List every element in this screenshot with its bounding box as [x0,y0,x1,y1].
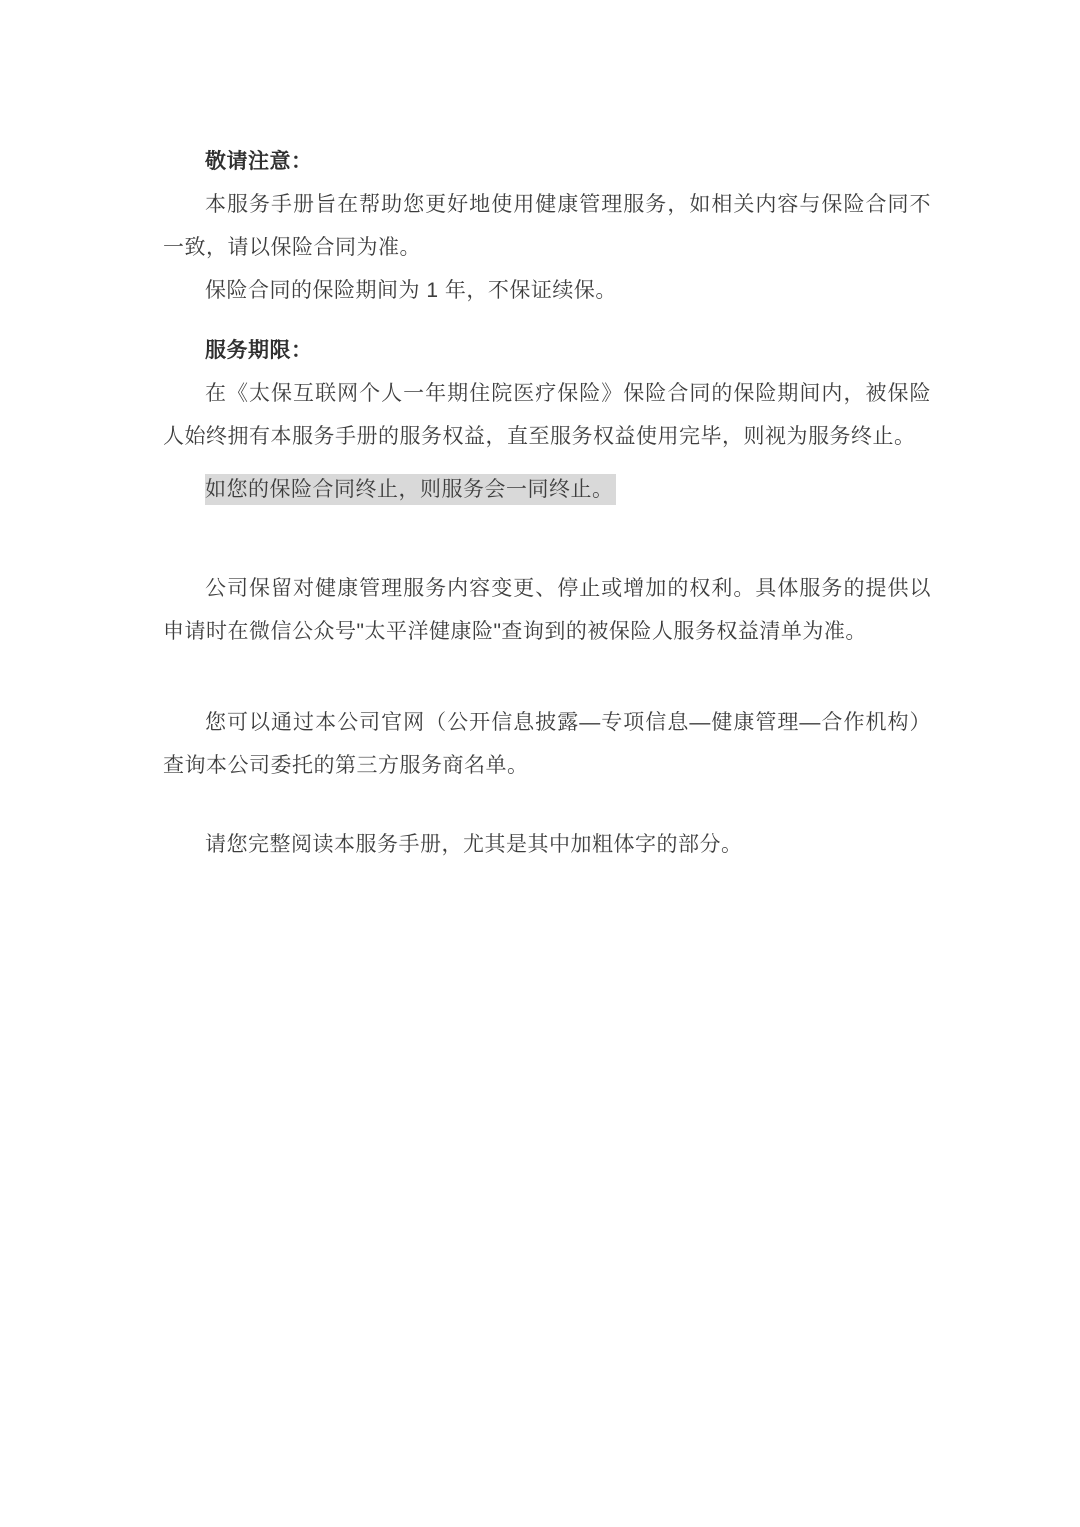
highlighted-sentence: 如您的保险合同终止，则服务会一同终止。 [205,474,616,505]
service-term-paragraph: 在《太保互联网个人一年期住院医疗保险》保险合同的保险期间内，被保险人始终拥有本服… [163,372,931,458]
closing-paragraph-1: 公司保留对健康管理服务内容变更、停止或增加的权利。具体服务的提供以申请时在微信公… [163,567,931,653]
highlighted-paragraph: 如您的保险合同终止，则服务会一同终止。 [163,468,931,511]
closing-paragraph-3: 请您完整阅读本服务手册，尤其是其中加粗体字的部分。 [163,823,931,866]
document-content: 敬请注意： 本服务手册旨在帮助您更好地使用健康管理服务，如相关内容与保险合同不一… [163,140,931,866]
service-term-heading: 服务期限： [163,329,931,372]
closing-paragraph-2: 您可以通过本公司官网（公开信息披露—专项信息—健康管理—合作机构）查询本公司委托… [163,701,931,787]
notice-paragraph-1: 本服务手册旨在帮助您更好地使用健康管理服务，如相关内容与保险合同不一致，请以保险… [163,183,931,269]
notice-heading: 敬请注意： [163,140,931,183]
document-page: 敬请注意： 本服务手册旨在帮助您更好地使用健康管理服务，如相关内容与保险合同不一… [0,0,1080,1527]
notice-paragraph-2: 保险合同的保险期间为 1 年，不保证续保。 [163,269,931,312]
